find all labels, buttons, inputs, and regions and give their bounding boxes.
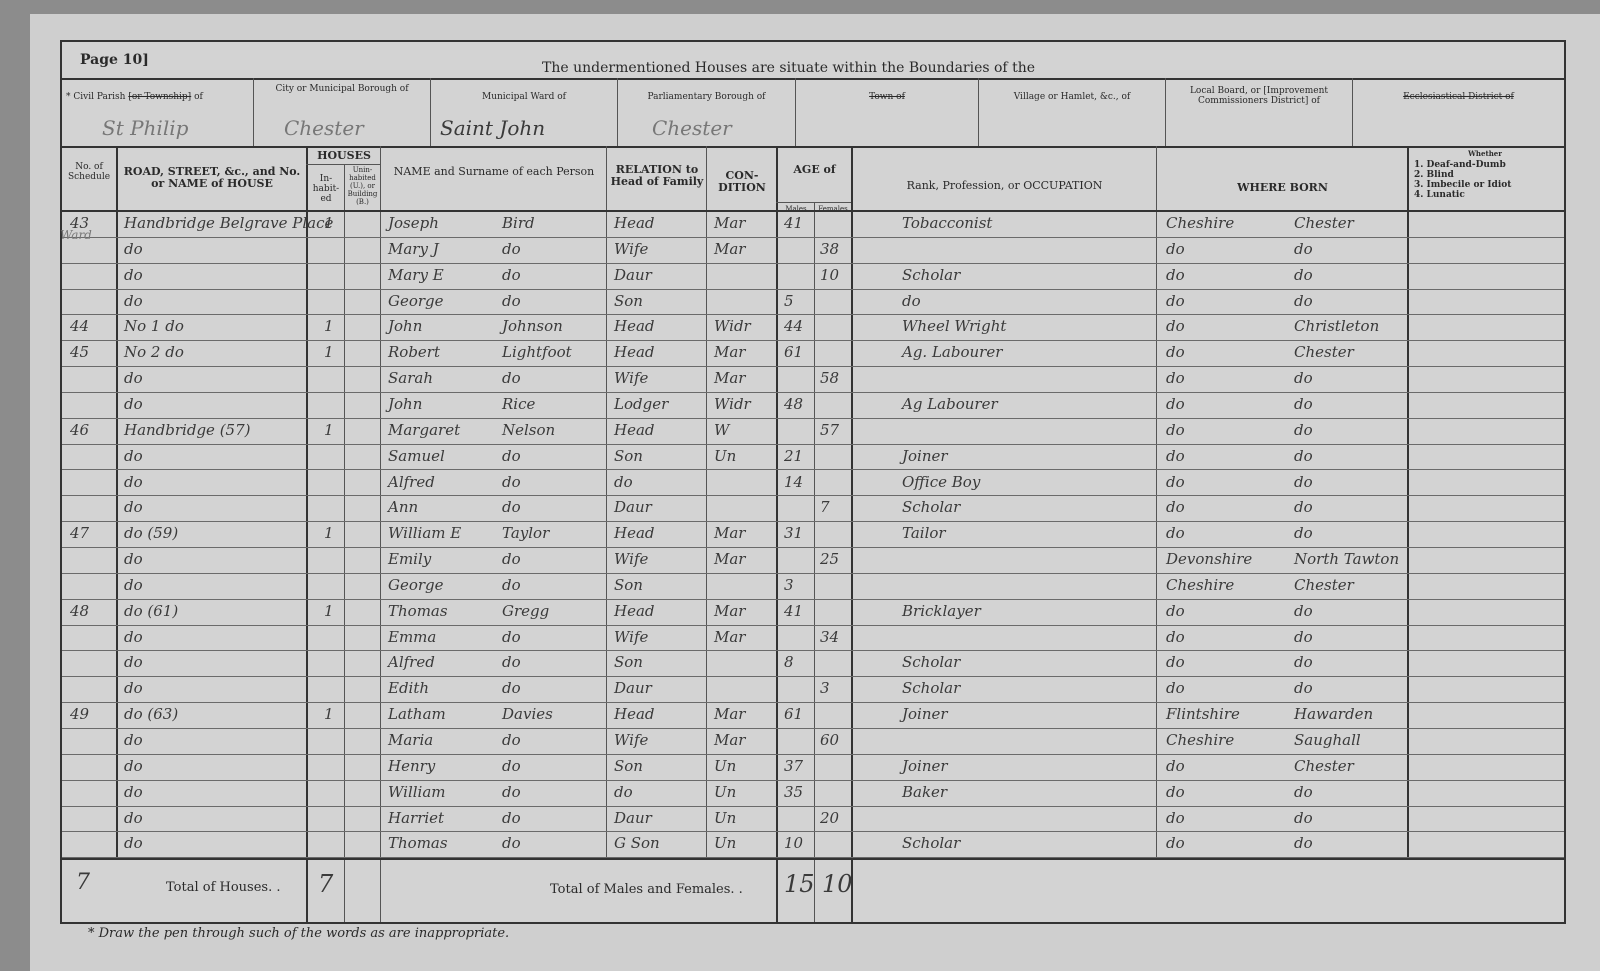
schedule-cell: 44 [70, 317, 89, 335]
surname-cell: Davies [502, 705, 553, 723]
census-form: Page 10] The undermentioned Houses are s… [60, 40, 1566, 924]
born-place-cell: do [1294, 266, 1313, 284]
table-row: doEmilydoWifeMar25DevonshireNorth Tawton [62, 548, 1564, 574]
first-name-cell: George [388, 292, 444, 310]
born-county-cell: do [1166, 809, 1185, 827]
road-cell: No 1 do [124, 317, 184, 335]
col-relation: RELATION to Head of Family [608, 164, 706, 188]
table-row: 48do (61)1ThomasGreggHeadMar41Bricklayer… [62, 600, 1564, 626]
road-cell: do [124, 550, 143, 568]
relation-cell: Wife [614, 550, 648, 568]
born-county-cell: do [1166, 602, 1185, 620]
road-cell: do [124, 834, 143, 852]
born-county-cell: do [1166, 240, 1185, 258]
relation-cell: Son [614, 653, 643, 671]
female-age-cell: 10 [820, 266, 839, 284]
col-houses: HOUSES [308, 150, 380, 162]
col-age: AGE of [778, 164, 851, 176]
male-age-cell: 37 [784, 757, 803, 775]
surname-cell: do [502, 757, 521, 775]
inhabited-cell: 1 [324, 602, 334, 620]
road-cell: do [124, 447, 143, 465]
male-age-cell: 61 [784, 705, 803, 723]
male-age-cell: 41 [784, 602, 803, 620]
municipal-ward-label: Municipal Ward of [431, 92, 617, 102]
occupation-cell: Scholar [902, 834, 960, 852]
total-houses-label: Total of Houses. . [166, 880, 281, 895]
female-age-cell: 3 [820, 679, 830, 697]
born-place-cell: Hawarden [1294, 705, 1373, 723]
born-county-cell: do [1166, 395, 1185, 413]
first-name-cell: Thomas [388, 602, 448, 620]
surname-cell: do [502, 628, 521, 646]
condition-cell: Widr [714, 317, 751, 335]
born-county-cell: Cheshire [1166, 731, 1234, 749]
table-row: doEdithdoDaur3Scholardodo [62, 677, 1564, 703]
col-name: NAME and Surname of each Person [382, 166, 606, 178]
first-name-cell: Mary E [388, 266, 444, 284]
born-county-cell: do [1166, 498, 1185, 516]
born-county-cell: do [1166, 369, 1185, 387]
first-name-cell: Henry [388, 757, 435, 775]
total-males: 15 [784, 870, 815, 898]
schedule-cell: 46 [70, 421, 89, 439]
male-age-cell: 41 [784, 214, 803, 232]
footnote: * Draw the pen through such of the words… [88, 926, 509, 941]
village-label: Village or Hamlet, &c., of [979, 92, 1165, 102]
born-county-cell: do [1166, 834, 1185, 852]
surname-cell: Rice [502, 395, 535, 413]
relation-cell: do [614, 783, 633, 801]
road-cell: do [124, 473, 143, 491]
relation-cell: Head [614, 421, 655, 439]
col-whether-2: 2. Blind [1414, 170, 1454, 180]
occupation-cell: Scholar [902, 653, 960, 671]
municipal-borough-label: City or Municipal Borough of [254, 84, 430, 94]
col-whether-3: 3. Imbecile or Idiot [1414, 180, 1511, 190]
born-place-cell: do [1294, 498, 1313, 516]
town-label: Town of [796, 92, 978, 102]
relation-cell: Head [614, 524, 655, 542]
schedule-cell: 45 [70, 343, 89, 361]
form-title: The undermentioned Houses are situate wi… [542, 60, 1035, 76]
road-cell: do (61) [124, 602, 178, 620]
surname-cell: do [502, 809, 521, 827]
first-name-cell: Thomas [388, 834, 448, 852]
first-name-cell: Mary J [388, 240, 439, 258]
first-name-cell: Margaret [388, 421, 460, 439]
first-name-cell: Alfred [388, 653, 435, 671]
male-age-cell: 21 [784, 447, 803, 465]
first-name-cell: William [388, 783, 446, 801]
relation-cell: Head [614, 317, 655, 335]
surname-cell: Johnson [502, 317, 563, 335]
occupation-cell: Scholar [902, 266, 960, 284]
first-name-cell: John [388, 317, 422, 335]
civil-parish-value: St Philip [102, 116, 188, 140]
table-row: 43Handbridge Belgrave Place1JosephBirdHe… [62, 212, 1564, 238]
born-county-cell: do [1166, 524, 1185, 542]
surname-cell: do [502, 550, 521, 568]
surname-cell: do [502, 783, 521, 801]
surname-cell: Lightfoot [502, 343, 572, 361]
condition-cell: Un [714, 834, 736, 852]
male-age-cell: 48 [784, 395, 803, 413]
table-row: 46Handbridge (57)1MargaretNelsonHeadW57d… [62, 419, 1564, 445]
surname-cell: Nelson [502, 421, 555, 439]
schedule-cell: 49 [70, 705, 89, 723]
first-name-cell: George [388, 576, 444, 594]
table-row: doWilliamdodoUn35Bakerdodo [62, 781, 1564, 807]
road-cell: do (59) [124, 524, 178, 542]
born-county-cell: do [1166, 447, 1185, 465]
condition-cell: W [714, 421, 729, 439]
condition-cell: Mar [714, 705, 745, 723]
born-county-cell: do [1166, 628, 1185, 646]
born-place-cell: North Tawton [1294, 550, 1399, 568]
col-schedule: No. of Schedule [62, 162, 116, 182]
surname-cell: do [502, 653, 521, 671]
born-county-cell: do [1166, 679, 1185, 697]
born-place-cell: do [1294, 395, 1313, 413]
first-name-cell: Edith [388, 679, 429, 697]
relation-cell: Head [614, 214, 655, 232]
surname-cell: do [502, 369, 521, 387]
occupation-cell: Joiner [902, 705, 948, 723]
road-cell: do [124, 498, 143, 516]
col-condition: CON- DITION [708, 170, 776, 194]
inhabited-cell: 1 [324, 343, 334, 361]
table-row: doJohnRiceLodgerWidr48Ag Labourerdodo [62, 393, 1564, 419]
male-age-cell: 3 [784, 576, 794, 594]
relation-cell: Head [614, 705, 655, 723]
total-houses-value: 7 [318, 870, 333, 898]
relation-cell: Son [614, 757, 643, 775]
road-cell: do [124, 731, 143, 749]
table-row: 44No 1 do1JohnJohnsonHeadWidr44Wheel Wri… [62, 315, 1564, 341]
surname-cell: Gregg [502, 602, 549, 620]
occupation-cell: Tobacconist [902, 214, 992, 232]
table-row: doHarrietdoDaurUn20dodo [62, 807, 1564, 833]
condition-cell: Mar [714, 240, 745, 258]
surname-cell: Bird [502, 214, 535, 232]
male-age-cell: 31 [784, 524, 803, 542]
municipal-ward-value: Saint John [440, 116, 545, 140]
occupation-cell: Joiner [902, 447, 948, 465]
male-age-cell: 8 [784, 653, 794, 671]
female-age-cell: 25 [820, 550, 839, 568]
inhabited-cell: 1 [324, 524, 334, 542]
relation-cell: Wife [614, 369, 648, 387]
born-place-cell: do [1294, 834, 1313, 852]
table-row: 49do (63)1LathamDaviesHeadMar61JoinerFli… [62, 703, 1564, 729]
born-place-cell: Chester [1294, 576, 1354, 594]
born-county-cell: do [1166, 653, 1185, 671]
condition-cell: Un [714, 809, 736, 827]
margin-note: Ward [60, 228, 92, 242]
born-place-cell: do [1294, 240, 1313, 258]
surname-cell: do [502, 292, 521, 310]
table-row: doAlfreddodo14Office Boydodo [62, 471, 1564, 497]
col-inhabited: In- habit- ed [308, 174, 344, 204]
table-row: doGeorgedoSon5dododo [62, 290, 1564, 316]
road-cell: do [124, 757, 143, 775]
female-age-cell: 57 [820, 421, 839, 439]
road-cell: do [124, 628, 143, 646]
road-cell: Handbridge (57) [124, 421, 251, 439]
first-name-cell: Alfred [388, 473, 435, 491]
road-cell: No 2 do [124, 343, 184, 361]
born-place-cell: do [1294, 292, 1313, 310]
relation-cell: Lodger [614, 395, 668, 413]
table-row: doMariadoWifeMar60CheshireSaughall [62, 729, 1564, 755]
relation-cell: Daur [614, 498, 652, 516]
road-cell: Handbridge Belgrave Place [124, 214, 333, 232]
born-county-cell: do [1166, 783, 1185, 801]
local-board-label: Local Board, or [Improvement Commissione… [1166, 86, 1352, 106]
occupation-cell: Scholar [902, 498, 960, 516]
schedules-total-mark: 7 [76, 870, 90, 895]
born-place-cell: do [1294, 369, 1313, 387]
road-cell: do [124, 266, 143, 284]
born-county-cell: do [1166, 473, 1185, 491]
occupation-cell: Scholar [902, 679, 960, 697]
surname-cell: do [502, 576, 521, 594]
surname-cell: do [502, 834, 521, 852]
table-row: doSarahdoWifeMar58dodo [62, 367, 1564, 393]
born-place-cell: Saughall [1294, 731, 1361, 749]
surname-cell: do [502, 240, 521, 258]
born-county-cell: do [1166, 343, 1185, 361]
first-name-cell: Latham [388, 705, 446, 723]
road-cell: do [124, 292, 143, 310]
first-name-cell: John [388, 395, 422, 413]
occupation-cell: Office Boy [902, 473, 980, 491]
born-place-cell: do [1294, 524, 1313, 542]
first-name-cell: Emma [388, 628, 436, 646]
inhabited-cell: 1 [324, 421, 334, 439]
relation-cell: Wife [614, 731, 648, 749]
born-county-cell: do [1166, 266, 1185, 284]
male-age-cell: 10 [784, 834, 803, 852]
born-place-cell: Chester [1294, 214, 1354, 232]
relation-cell: Head [614, 602, 655, 620]
surname-cell: do [502, 731, 521, 749]
born-place-cell: do [1294, 783, 1313, 801]
table-row: doAlfreddoSon8Scholardodo [62, 651, 1564, 677]
table-row: doGeorgedoSon3CheshireChester [62, 574, 1564, 600]
occupation-cell: Tailor [902, 524, 946, 542]
surname-cell: do [502, 447, 521, 465]
condition-cell: Mar [714, 343, 745, 361]
condition-cell: Mar [714, 214, 745, 232]
relation-cell: Wife [614, 628, 648, 646]
relation-cell: Son [614, 447, 643, 465]
parliamentary-borough-value: Chester [652, 116, 732, 140]
condition-cell: Mar [714, 731, 745, 749]
first-name-cell: Samuel [388, 447, 445, 465]
inhabited-cell: 1 [324, 705, 334, 723]
inhabited-cell: 1 [324, 214, 334, 232]
male-age-cell: 61 [784, 343, 803, 361]
born-place-cell: do [1294, 421, 1313, 439]
parliamentary-borough-label: Parliamentary Borough of [618, 92, 795, 102]
occupation-cell: Baker [902, 783, 947, 801]
born-place-cell: Christleton [1294, 317, 1379, 335]
table-row: doMary EdoDaur10Scholardodo [62, 264, 1564, 290]
table-row: doMary JdoWifeMar38dodo [62, 238, 1564, 264]
occupation-cell: Joiner [902, 757, 948, 775]
born-county-cell: Cheshire [1166, 576, 1234, 594]
born-county-cell: Devonshire [1166, 550, 1252, 568]
first-name-cell: William E [388, 524, 461, 542]
surname-cell: do [502, 266, 521, 284]
born-place-cell: do [1294, 628, 1313, 646]
condition-cell: Mar [714, 628, 745, 646]
relation-cell: do [614, 473, 633, 491]
road-cell: do [124, 369, 143, 387]
table-row: doSamueldoSonUn21Joinerdodo [62, 445, 1564, 471]
first-name-cell: Maria [388, 731, 433, 749]
road-cell: do [124, 679, 143, 697]
occupation-cell: Bricklayer [902, 602, 981, 620]
first-name-cell: Harriet [388, 809, 444, 827]
female-age-cell: 34 [820, 628, 839, 646]
born-place-cell: Chester [1294, 343, 1354, 361]
surname-cell: do [502, 473, 521, 491]
condition-cell: Un [714, 783, 736, 801]
total-females: 10 [822, 870, 853, 898]
born-place-cell: do [1294, 653, 1313, 671]
born-place-cell: do [1294, 602, 1313, 620]
born-place-cell: do [1294, 809, 1313, 827]
first-name-cell: Ann [388, 498, 418, 516]
occupation-cell: Wheel Wright [902, 317, 1006, 335]
col-whether-1: 1. Deaf-and-Dumb [1414, 160, 1506, 170]
relation-cell: Son [614, 292, 643, 310]
condition-cell: Mar [714, 550, 745, 568]
condition-cell: Mar [714, 602, 745, 620]
municipal-borough-value: Chester [284, 116, 364, 140]
table-row: doThomasdoG SonUn10Scholardodo [62, 832, 1564, 858]
relation-cell: Head [614, 343, 655, 361]
born-place-cell: do [1294, 679, 1313, 697]
first-name-cell: Robert [388, 343, 440, 361]
road-cell: do [124, 240, 143, 258]
road-cell: do [124, 783, 143, 801]
relation-cell: Daur [614, 679, 652, 697]
relation-cell: Son [614, 576, 643, 594]
page-label: Page 10] [80, 52, 149, 68]
table-row: 47do (59)1William ETaylorHeadMar31Tailor… [62, 522, 1564, 548]
table-row: doAnndoDaur7Scholardodo [62, 496, 1564, 522]
male-age-cell: 35 [784, 783, 803, 801]
road-cell: do (63) [124, 705, 178, 723]
table-row: doHenrydoSonUn37JoinerdoChester [62, 755, 1564, 781]
first-name-cell: Sarah [388, 369, 433, 387]
schedule-cell: 47 [70, 524, 89, 542]
condition-cell: Un [714, 757, 736, 775]
col-whether-title: Whether [1410, 150, 1560, 158]
born-place-cell: Chester [1294, 757, 1354, 775]
surname-cell: do [502, 679, 521, 697]
female-age-cell: 7 [820, 498, 830, 516]
condition-cell: Widr [714, 395, 751, 413]
col-where-born: WHERE BORN [1158, 182, 1407, 194]
occupation-cell: Ag. Labourer [902, 343, 1002, 361]
surname-cell: do [502, 498, 521, 516]
col-uninhabited: Unin- habited (U.), or Building (B.) [345, 166, 380, 206]
civil-parish-label: * Civil Parish [or Township] of [66, 92, 252, 102]
inhabited-cell: 1 [324, 317, 334, 335]
occupation-cell: do [902, 292, 921, 310]
relation-cell: G Son [614, 834, 660, 852]
male-age-cell: 14 [784, 473, 803, 491]
born-place-cell: do [1294, 447, 1313, 465]
relation-cell: Wife [614, 240, 648, 258]
road-cell: do [124, 395, 143, 413]
occupation-cell: Ag Labourer [902, 395, 998, 413]
condition-cell: Un [714, 447, 736, 465]
first-name-cell: Joseph [388, 214, 439, 232]
road-cell: do [124, 576, 143, 594]
col-road: ROAD, STREET, &c., and No. or NAME of HO… [118, 166, 306, 190]
first-name-cell: Emily [388, 550, 431, 568]
schedule-cell: 48 [70, 602, 89, 620]
born-county-cell: do [1166, 757, 1185, 775]
female-age-cell: 20 [820, 809, 839, 827]
female-age-cell: 60 [820, 731, 839, 749]
ecclesiastical-district-label: Ecclesiastical District of [1353, 92, 1564, 102]
male-age-cell: 5 [784, 292, 794, 310]
road-cell: do [124, 809, 143, 827]
total-persons-label: Total of Males and Females. . [550, 882, 743, 897]
born-county-cell: Flintshire [1166, 705, 1240, 723]
male-age-cell: 44 [784, 317, 803, 335]
col-occupation: Rank, Profession, or OCCUPATION [853, 180, 1156, 192]
table-row: doEmmadoWifeMar34dodo [62, 626, 1564, 652]
relation-cell: Daur [614, 809, 652, 827]
female-age-cell: 58 [820, 369, 839, 387]
female-age-cell: 38 [820, 240, 839, 258]
born-county-cell: do [1166, 317, 1185, 335]
condition-cell: Mar [714, 524, 745, 542]
road-cell: do [124, 653, 143, 671]
table-row: 45No 2 do1RobertLightfootHeadMar61Ag. La… [62, 341, 1564, 367]
surname-cell: Taylor [502, 524, 549, 542]
born-county-cell: Cheshire [1166, 214, 1234, 232]
condition-cell: Mar [714, 369, 745, 387]
relation-cell: Daur [614, 266, 652, 284]
col-whether-4: 4. Lunatic [1414, 190, 1465, 200]
born-county-cell: do [1166, 292, 1185, 310]
born-place-cell: do [1294, 473, 1313, 491]
born-county-cell: do [1166, 421, 1185, 439]
